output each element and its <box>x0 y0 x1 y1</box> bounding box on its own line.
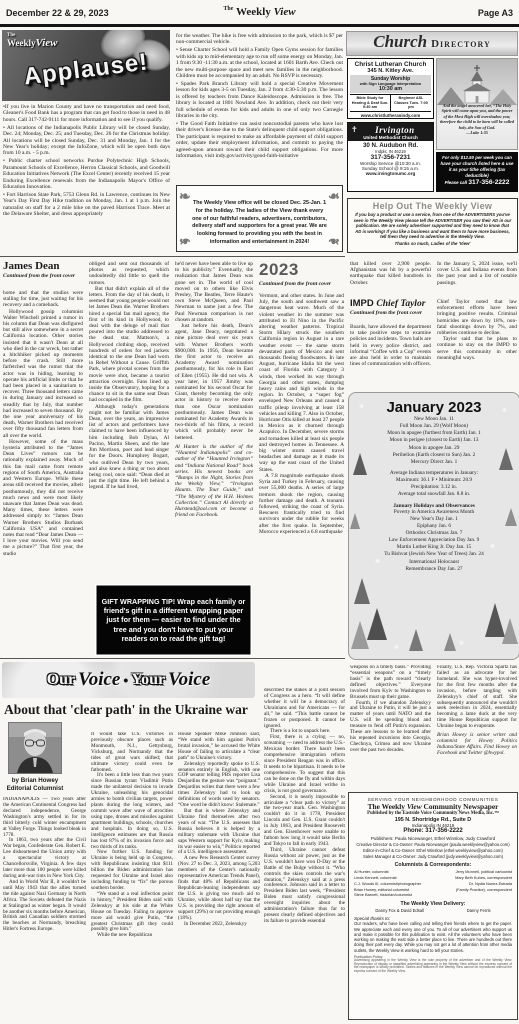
note-continuation: for the weather. The hike is free with a… <box>176 33 343 46</box>
correspondent: (Family Practice), correspondent <box>433 887 512 893</box>
correspondents-title: Columnists & Correspondents: <box>354 862 512 868</box>
almanac-line: Mercury Direct Jan. 1 <box>362 459 506 466</box>
paragraph: Second, it is nearly impossible to artic… <box>264 795 345 848</box>
james-dean-header: James Dean Continued from the front cove… <box>3 260 83 279</box>
applause-item: • Public charter school networks Purdue … <box>3 158 170 190</box>
january-title: January 2023 <box>362 399 506 416</box>
paper-nameplate: The Weekly View <box>0 6 519 18</box>
holiday-line: Tu Bishvat (Jewish New Year of Trees) Ja… <box>362 551 506 558</box>
church-denomination: United Methodist Church <box>349 135 432 140</box>
paragraph: Hollywood gossip columnist Walter Winche… <box>3 309 83 439</box>
author-note: Al Hunter is the author of the “Haunted … <box>175 444 253 518</box>
nameplate-the: The <box>223 6 233 12</box>
almanac-line: Moon in perigee (closest to Earth) Jan. … <box>362 437 506 444</box>
logo-voice: Voice <box>168 669 210 691</box>
nameplate-view: View <box>274 6 296 18</box>
january-2023-almanac: ❄ ❄ ✻ ✻ ❄ ✻ January 2023 New Moon Jan. 1… <box>348 392 519 660</box>
publishers-line: Publishers: Paula Nicewanger, Ethel Wins… <box>354 836 512 841</box>
paragraph: First, there is a crying — no, screaming… <box>264 735 345 794</box>
irvington-umc-ad: ✝ Irvington United Methodist Church 30 N… <box>347 122 434 192</box>
paragraph: Just before his death, Dean's agent, Jan… <box>175 323 253 441</box>
paragraph: A 7.8 magnitude earthquake shook Syria a… <box>259 473 344 535</box>
paragraph: But that is where Zelenskyy and Ukraine … <box>178 809 260 856</box>
logo-your: Your <box>131 671 165 689</box>
nameplate-weekly: Weekly <box>236 6 271 18</box>
paragraph: It's been a little less than two years s… <box>91 773 173 850</box>
paragraph: weapons on a timely basis.” Providing “e… <box>350 665 431 701</box>
church-address: 345 N. Kitley Ave. <box>348 68 433 74</box>
community-notes: for the weather. The hike is free with a… <box>176 33 343 182</box>
paragraph: “We stand at a real inflection point in … <box>91 892 173 933</box>
page-number: Page A3 <box>478 8 513 18</box>
ukraine-col2: It would take U.S. victories in previous… <box>91 732 173 1021</box>
paragraph: INDIANAPOLIS — Two years after the Ameri… <box>3 797 86 838</box>
logo-voice: Voice <box>78 669 120 691</box>
paragraph: Now further U.S. funding for Ukraine is … <box>91 850 173 891</box>
verse-reference: —Luke 1:35 <box>440 130 514 135</box>
pine-tree-icon <box>444 633 456 651</box>
ukraine-col5: weapons on a timely basis.” Providing “e… <box>350 665 431 787</box>
note-item: • Spades Park Branch Library will hold a… <box>176 81 343 120</box>
paragraph: obliged and sent out thousands of photos… <box>89 261 169 286</box>
james-dean-col3: he'd never have been able to live up to … <box>175 261 253 573</box>
paragraph: But that didn't explain all of the lette… <box>89 286 169 404</box>
ukraine-col6: Finally, U.S. Rep. Victoria Spartz has f… <box>437 665 517 787</box>
church-address: 30 N. Audubon Rd. <box>348 142 433 149</box>
impd-col1: Boards, have allowed the department to t… <box>350 324 431 388</box>
church-phone: 317-356-7231 <box>348 154 433 161</box>
holiday-line: Poverty in America Awareness Month <box>362 509 506 516</box>
paragraph: Finally, U.S. Rep. Victoria Spartz has f… <box>437 665 517 730</box>
almanac-line: Moon in apogee Jan. 29 <box>362 445 506 452</box>
james-dean-headline: James Dean <box>3 260 83 272</box>
church-listing-offer: For only $12.50 per week you can have yo… <box>436 152 518 192</box>
paragraph: In the January 5, 2024 issue, we'll cove… <box>437 261 517 286</box>
pine-tree-icon <box>505 508 517 526</box>
bullet-separator: • <box>123 672 128 688</box>
paragraph: Chief Taylor noted that law enforcement … <box>437 299 517 336</box>
paragraph: However, some of the mass hysteria attri… <box>3 439 83 557</box>
directory-caps-title: Directory <box>431 38 491 50</box>
byline-role: Editorial Columnist <box>2 785 68 793</box>
cross-and-flame-icon: ✝ <box>351 125 358 134</box>
winter-church-photo: And the angel answered her, “The Holy Sp… <box>436 58 518 150</box>
year-2023-col1: Vermont, and other states. In June and J… <box>259 293 344 653</box>
paragraph: House Speaker Mike Johnson said, “We sta… <box>178 732 260 762</box>
office-closure-notice: ❧ ❧ ❧ ❧ The Weekly View office will be c… <box>176 185 343 252</box>
staff-role: Editor-in-Chief & Co-Owner: Ethel Winslo… <box>354 848 512 853</box>
pine-tree-icon <box>502 618 518 644</box>
schedule-cell: Bible Study for Hearing & Deaf Sun. 9:30… <box>350 95 391 111</box>
paragraph: And in World War II, it wouldn't be unti… <box>3 880 86 933</box>
church-website: www.christlutheranindy.com <box>348 113 433 118</box>
delivery-person: Danny Fox & David Edsall <box>375 908 424 913</box>
applause-item: • Fort Harrison State Park, 5753 Glenn R… <box>3 192 170 218</box>
weekly-view-logo: TheWeeklyView <box>7 33 58 49</box>
correspondents-left: Al Hunter, columnist Linda Kennett, colu… <box>354 869 433 898</box>
paragraph: While the new Republican <box>91 933 173 939</box>
year-2023-headline: 2023 <box>259 260 344 280</box>
correspondent: Steve Barnett, historian/columnist <box>354 892 433 898</box>
paragraph: home and that the studios were stalling … <box>3 290 83 309</box>
church-directory-banner: Church Directory <box>346 31 518 56</box>
thanks-body: Our readers, who have been calling and t… <box>354 921 512 953</box>
pine-tree-icon <box>367 608 387 640</box>
floral-ornament-icon: ❧ <box>328 186 340 206</box>
help-out-body: If you buy a product or use a service, f… <box>353 212 512 240</box>
policy-body: Advertising appearing in the Weekly View… <box>354 959 512 974</box>
author-note: Brian Howey is senior writer and columni… <box>437 733 517 757</box>
paragraph: Vermont, and other states. In June and J… <box>259 293 344 473</box>
continued-note: Continued from the front cover <box>3 273 83 279</box>
holiday-line: New Year's Day Jan. 1 <box>362 516 506 523</box>
staff-role: Creative Director & Co-Owner: Paula Nice… <box>354 842 512 847</box>
offer-phone: 317-356-2222 <box>468 179 509 186</box>
masthead-box: SERVING YOUR NEIGHBORHOOD COMMUNITIES Th… <box>348 792 518 1020</box>
paragraph: In December 2022, Zelenskyy <box>178 922 260 928</box>
delivery-title: The Weekly View Delivery: <box>354 901 512 907</box>
delivery-names: Danny Fox & David Edsall Danny Ferris <box>354 908 512 913</box>
newspaper-page-a3: December 22 & 29, 2023 The Weekly View P… <box>0 0 519 1024</box>
church-website: www.irvingtonumc.org <box>348 171 433 176</box>
section-divider <box>0 256 345 257</box>
snowflake-icon: ❄ <box>394 644 399 651</box>
paragraph: Third, Ukraine cannot defeat Russia with… <box>264 848 345 925</box>
ukraine-col1: INDIANAPOLIS — Two years after the Ameri… <box>3 797 86 1021</box>
worship-band: Sunday Worship with Sign Language Interp… <box>350 75 431 93</box>
continued-note: Continued from the front cover <box>259 281 344 287</box>
almanac-line: Perihelion (Earth closest to Sun) Jan. 2 <box>362 452 506 459</box>
section-divider <box>0 658 345 659</box>
pine-tree-icon <box>350 513 360 529</box>
note-item: • The Good Faith Initiative can assist n… <box>176 121 343 160</box>
offer-call: Please call <box>445 180 467 185</box>
delivery-person: Danny Ferris <box>467 908 491 913</box>
ukraine-col3: House Speaker Mike Johnson said, “We sta… <box>178 732 260 1021</box>
pine-tree-icon <box>351 621 369 649</box>
schedule-cells: Bible Study for Hearing & Deaf Sun. 9:30… <box>350 94 431 112</box>
help-out-title: Help Out The Weekly View <box>353 201 512 211</box>
floral-ornament-icon: ❧ <box>179 186 191 206</box>
brian-howey-photo <box>8 722 62 774</box>
paragraph: described the stakes at a joint session … <box>264 688 345 729</box>
snowflake-icon: ✻ <box>459 640 464 647</box>
holiday-line: Law Enforcement Appreciation Day Jan. 9 <box>362 537 506 544</box>
paragraph: Taylor said that he plans to continue to… <box>437 336 517 361</box>
published-by: Published by the Eastside Voice Communit… <box>354 811 512 816</box>
ukraine-col4: described the stakes at a joint session … <box>264 688 345 1021</box>
paragraph: he'd never have been able to live up to … <box>175 261 253 323</box>
correspondents-right: Jerry Monnell, political cartoonist Mary… <box>433 869 512 898</box>
closure-text: The Weekly View office will be closed De… <box>192 200 327 245</box>
correspondent: C.J. Woods III, columnist/photographer <box>354 881 433 887</box>
continued-note: Continued from the front cover <box>350 310 435 316</box>
year-2023-col2: that killed over 2,900 people. Afghanist… <box>350 261 431 296</box>
january-almanac-content: January 2023 New Moon Jan. 11 Full Moon … <box>362 399 506 573</box>
paragraph: Zelenskyy reportedly spoke to U.S. senat… <box>178 762 260 809</box>
paragraph: that killed over 2,900 people. Afghanist… <box>350 261 431 286</box>
applause-item: • All locations of the Indianapolis Publ… <box>3 125 170 157</box>
applause-title: Applause! <box>5 46 167 93</box>
temps-line: Maximum: 36.1 F • Minimum: 20.9 <box>362 477 506 484</box>
floral-ornament-icon: ❧ <box>328 231 340 251</box>
christ-lutheran-ad: Christ Lutheran Church 345 N. Kitley Ave… <box>347 58 434 119</box>
irvington-logo-band: ✝ Irvington United Methodist Church <box>348 123 433 141</box>
help-out-signoff: Thanks so much, Ladies of the 'View' <box>353 241 512 247</box>
help-out-box: Help Out The Weekly View If you buy a pr… <box>347 198 518 253</box>
masthead-phone: Phone: 317-356-2222 <box>354 828 512 834</box>
header-rule <box>0 24 519 27</box>
gift-tip-text: GIFT WRAPPING TIP! Wrap each family or f… <box>101 597 246 644</box>
byline: by Brian Howey Editorial Columnist <box>2 777 68 793</box>
james-dean-col1: home and that the studios were stalling … <box>3 290 83 652</box>
church-name: Irvington <box>349 125 432 135</box>
paragraph: A new Pew Research Center survey (Nov. 2… <box>178 856 260 921</box>
year-2023-col3: In the January 5, 2024 issue, we'll cove… <box>437 261 517 296</box>
impd-header: IMPD Chief Taylor Continued from the fro… <box>350 298 435 316</box>
james-dean-col2: obliged and sent out thousands of photos… <box>89 261 169 579</box>
year-2023-header: 2023 Continued from the front cover <box>259 260 344 287</box>
temps-line: Average total snowfall Jan. 8.8 in. <box>362 491 506 498</box>
paragraph: Boards, have allowed the department to t… <box>350 324 431 367</box>
staff-role: Sales Manager & Co-Owner: Judy Crawford … <box>354 854 512 859</box>
church-illustration <box>437 59 517 105</box>
applause-item: •If you live in Marion County and have n… <box>3 104 170 123</box>
our-voice-banner: Our Voice • Your Voice <box>2 662 255 698</box>
paragraph: Although today's generations might not b… <box>89 404 169 491</box>
note-item: • Sense Charter School will hold a Famil… <box>176 47 343 79</box>
paragraph: It would take U.S. victories in previous… <box>91 732 173 773</box>
pine-tree-icon <box>409 629 423 651</box>
impd-headline: IMPD Chief Taylor <box>350 298 435 309</box>
gift-wrapping-tip-box: GIFT WRAPPING TIP! Wrap each family or f… <box>95 584 252 656</box>
paragraph: In 1863, two years after the Civil War b… <box>3 838 86 879</box>
byline-author: by Brian Howey <box>2 777 68 785</box>
church-script-title: Church <box>373 32 427 52</box>
temps-line: Average Indiana temperatures in January: <box>362 470 506 477</box>
correspondents-lists: Al Hunter, columnist Linda Kennett, colu… <box>354 869 512 898</box>
masthead-title: The Weekly View Community Newspaper <box>354 802 512 811</box>
offer-text: For only $12.50 per week you can have yo… <box>441 155 514 178</box>
applause-items: •If you live in Marion County and have n… <box>3 104 170 252</box>
angel-verse: And the angel answered her, “The Holy Sp… <box>440 103 514 136</box>
impd-col2: Chief Taylor noted that law enforcement … <box>437 299 517 389</box>
paragraph: Fourth, if we abandon Zelenskyy and Ukra… <box>350 701 431 754</box>
holiday-line: Remembrance Day Jan. 27 <box>362 566 506 573</box>
holiday-line: International Holocaust <box>362 559 506 566</box>
holiday-line: Epiphany Jan. 6 <box>362 523 506 530</box>
pine-tree-icon <box>354 578 370 604</box>
schedule-cell: Beginner ASL Classes Tues. 7:00 pm <box>391 95 431 111</box>
floral-ornament-icon: ❧ <box>179 231 191 251</box>
logo-our: Our <box>47 671 75 689</box>
church-name: Christ Lutheran Church <box>348 59 433 68</box>
applause-graphic: TheWeeklyView Applause! <box>2 30 170 101</box>
